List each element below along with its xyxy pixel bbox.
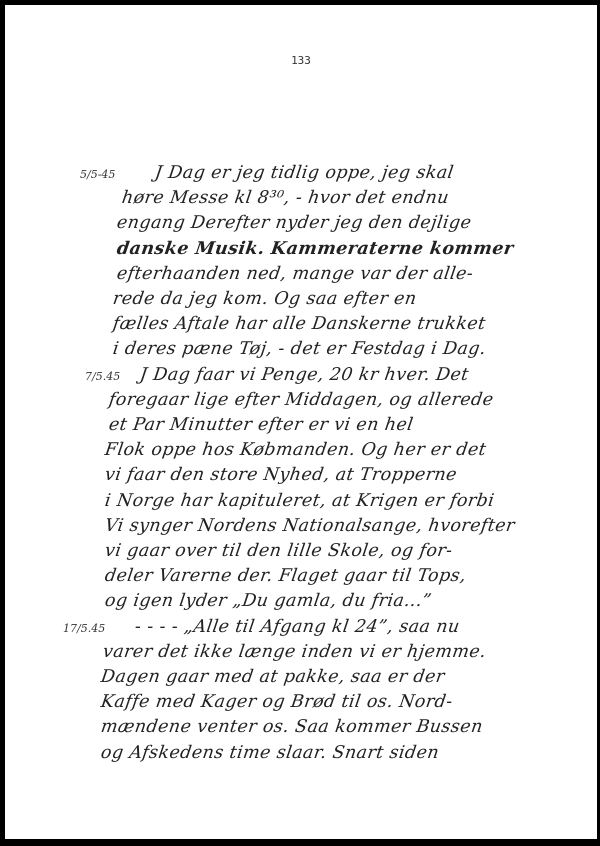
- text-line: Dagen gaar med at pakke, saa er der: [100, 667, 446, 687]
- text-line: efterhaanden ned, mange var der alle-: [116, 264, 475, 284]
- text-line: danske Musik. Kammeraterne kommer: [116, 239, 515, 259]
- text-line: Vi synger Nordens Nationalsange, hvoreft…: [104, 516, 517, 536]
- handwritten-text: 5/5-45 7/5.45 17/5.45 J Dag er jeg tidli…: [5, 5, 597, 839]
- text-line: i deres pæne Tøj, - det er Festdag i Dag…: [112, 339, 488, 359]
- text-line: fælles Aftale har alle Danskerne trukket: [112, 314, 487, 334]
- text-line: Flok oppe hos Købmanden. Og her er det: [104, 440, 488, 460]
- text-line: engang Derefter nyder jeg den dejlige: [116, 213, 473, 233]
- entry-date: 5/5-45: [80, 168, 115, 181]
- text-line: og igen lyder „Du gamla, du fria...”: [104, 591, 433, 611]
- text-line: vi faar den store Nyhed, at Tropperne: [104, 465, 459, 485]
- text-line: mændene venter os. Saa kommer Bussen: [100, 717, 484, 737]
- entry-date: 7/5.45: [85, 370, 120, 383]
- text-line: rede da jeg kom. Og saa efter en: [112, 289, 418, 309]
- text-line: J Dag faar vi Penge, 20 kr hver. Det: [139, 365, 471, 385]
- text-line: og Afskedens time slaar. Snart siden: [100, 743, 441, 763]
- text-line: i Norge har kapituleret, at Krigen er fo…: [104, 491, 496, 511]
- text-line: foregaar lige efter Middagen, og allered…: [108, 390, 495, 410]
- document-page: 133 5/5-45 7/5.45 17/5.45 J Dag er jeg t…: [5, 5, 597, 839]
- text-line: Kaffe med Kager og Brød til os. Nord-: [100, 692, 454, 712]
- entry-date: 17/5.45: [63, 622, 105, 635]
- text-line: J Dag er jeg tidlig oppe, jeg skal: [154, 163, 455, 183]
- text-line: deler Varerne der. Flaget gaar til Tops,: [104, 566, 468, 586]
- text-line: - - - - „Alle til Afgang kl 24”, saa nu: [134, 617, 461, 637]
- text-line: vi gaar over til den lille Skole, og for…: [104, 541, 454, 561]
- text-line: et Par Minutter efter er vi en hel: [108, 415, 415, 435]
- text-line: varer det ikke længe inden vi er hjemme.: [102, 642, 488, 662]
- text-line: høre Messe kl 8³⁰, - hvor det endnu: [121, 188, 451, 208]
